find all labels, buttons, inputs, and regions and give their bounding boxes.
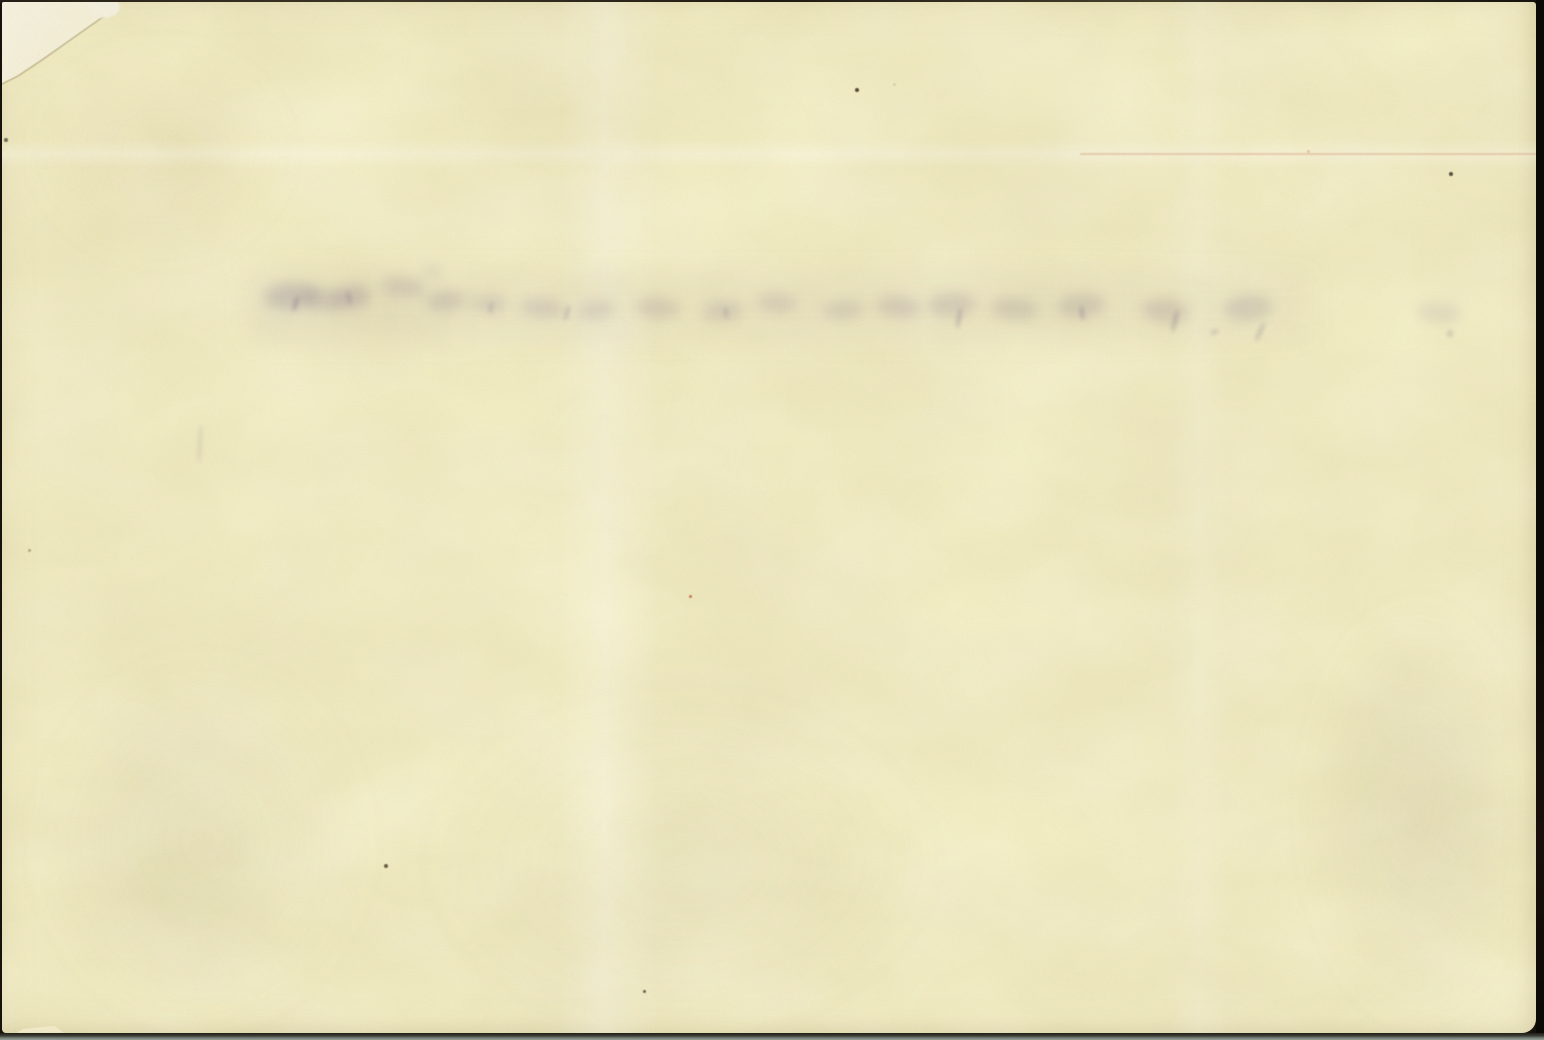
ink-speck (689, 595, 692, 598)
ink-speck (643, 990, 646, 993)
ink-stroke (1447, 330, 1453, 337)
ink-speck (28, 549, 31, 552)
ink-speck (893, 83, 896, 86)
handwriting-bleedthrough-band (2, 2, 1536, 1033)
ink-smudge (1416, 300, 1461, 325)
postcard-paper (2, 2, 1536, 1033)
red-fiber-line (1080, 153, 1536, 155)
ink-speck (855, 88, 859, 92)
ink-stroke (197, 425, 203, 463)
ink-speck (1449, 172, 1453, 176)
ink-speck (4, 138, 8, 142)
ink-speck (384, 864, 388, 868)
ink-smudge (423, 267, 441, 277)
scanned-card-page: { "page": { "description": "Blank revers… (0, 0, 1544, 1040)
scanner-edge-right (1536, 0, 1544, 1040)
scanner-edge-bottom (0, 1033, 1544, 1040)
